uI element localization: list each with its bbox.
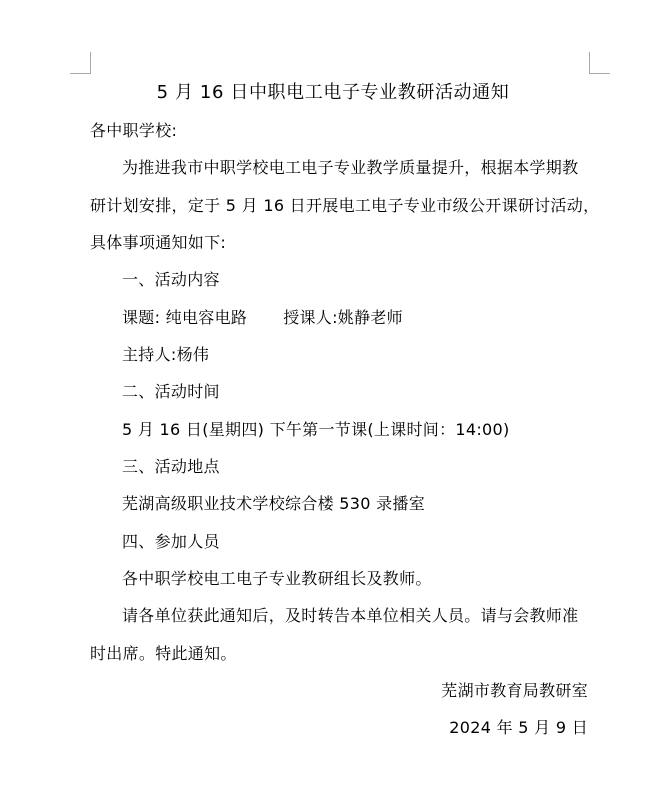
- intro-line-1: 为推进我市中职学校电工电子专业教学质量提升，根据本学期教: [122, 158, 578, 178]
- time-value: 5 月 16 日(星期四) 下午第一节课(上课时间：14:00): [122, 420, 510, 440]
- topic-teacher-line: 课题: 纯电容电路授课人:姚静老师: [122, 308, 403, 328]
- section-heading-attendees: 四、参加人员: [122, 532, 220, 552]
- signature-issuer: 芜湖市教育局教研室: [441, 681, 588, 701]
- page-corner-mark-top-left: [70, 52, 91, 74]
- attendees-value: 各中职学校电工电子专业教研组长及教师。: [122, 569, 432, 589]
- host-text: 主持人:杨伟: [122, 345, 209, 365]
- closing-line-1: 请各单位获此通知后，及时转告本单位相关人员。请与会教师准: [122, 606, 578, 626]
- section-heading-time: 二、活动时间: [122, 382, 220, 402]
- section-heading-content: 一、活动内容: [122, 270, 220, 290]
- intro-line-3: 具体事项通知如下:: [90, 233, 226, 253]
- signature-date: 2024 年 5 月 9 日: [449, 718, 588, 738]
- closing-line-2: 时出席。特此通知。: [90, 644, 237, 664]
- page-corner-mark-top-right: [589, 52, 610, 74]
- section-heading-place: 三、活动地点: [122, 457, 220, 477]
- teacher-text: 授课人:姚静老师: [283, 308, 403, 327]
- salutation: 各中职学校:: [90, 121, 177, 141]
- document-title: 5 月 16 日中职电工电子专业教研活动通知: [0, 82, 666, 104]
- intro-line-2: 研计划安排，定于 5 月 16 日开展电工电子专业市级公开课研讨活动，: [90, 196, 599, 216]
- place-value: 芜湖高级职业技术学校综合楼 530 录播室: [122, 494, 425, 514]
- topic-text: 课题: 纯电容电路: [122, 308, 247, 327]
